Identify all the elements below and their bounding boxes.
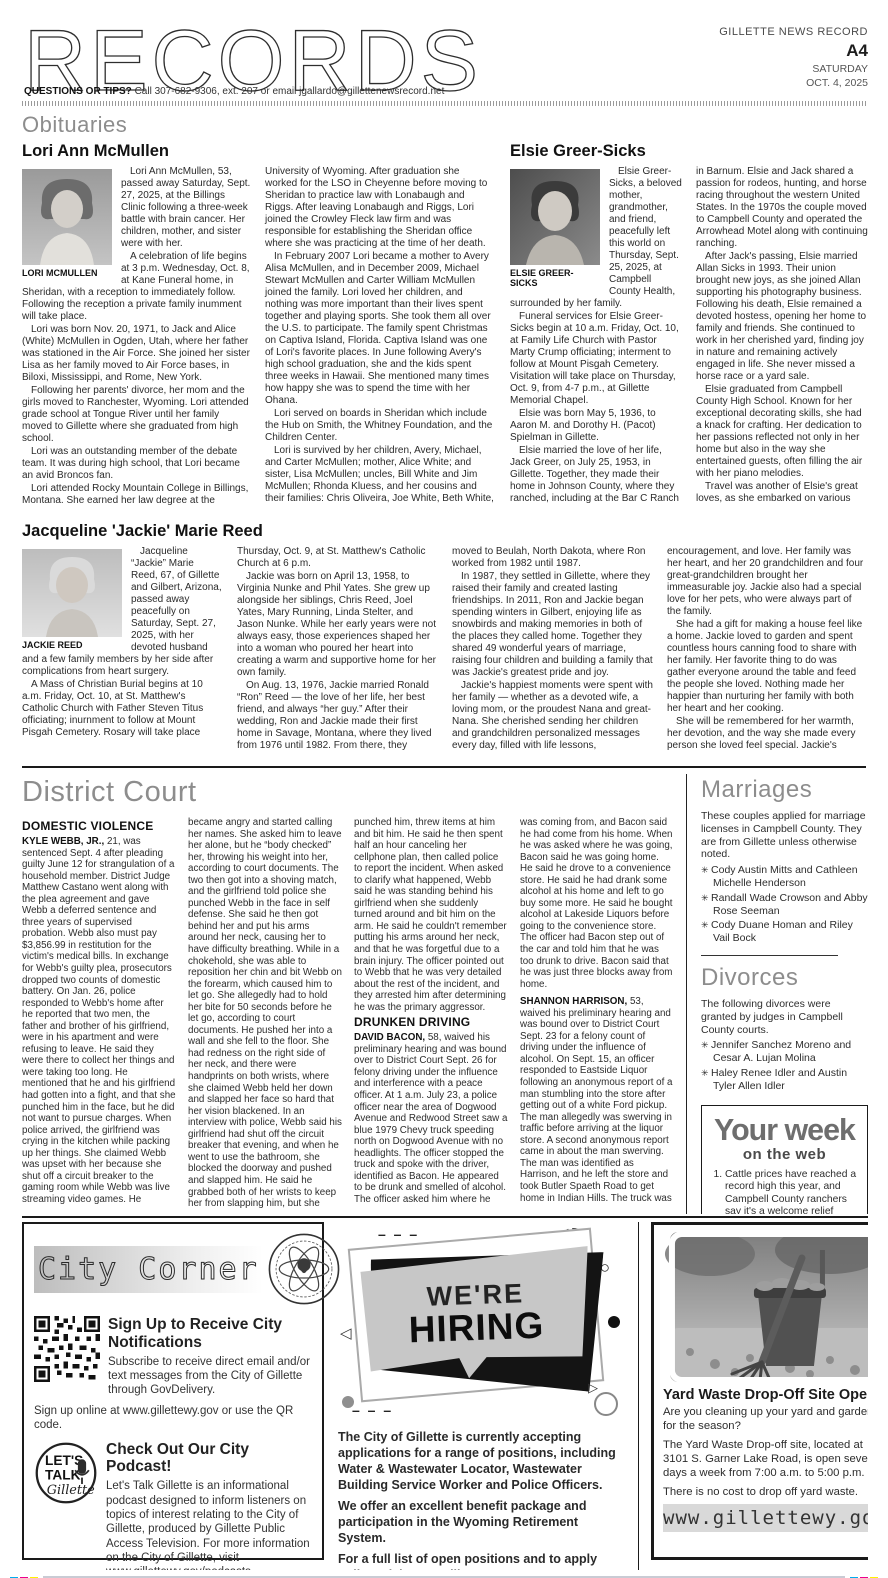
district-court-region: District Court DOMESTIC VIOLENCE KYLE WE…	[0, 774, 888, 1214]
hiring-headline-2: HIRING	[408, 1307, 545, 1349]
dash-decoration: – – –	[352, 1402, 393, 1418]
marriage-item: Randall Wade Crowson and Abby Rose Seema…	[701, 892, 868, 918]
svg-text:Gillette: Gillette	[47, 1483, 95, 1498]
podcast-text: Let's Talk Gillette is an informational …	[106, 1479, 312, 1570]
tips-line: QUESTIONS OR TIPS? Call 307-682-9306, ex…	[24, 86, 444, 97]
svg-text:LET'S: LET'S	[45, 1452, 83, 1467]
marriages-intro: These couples applied for marriage licen…	[701, 810, 868, 861]
divorce-item: Haley Renee Idler and Austin Tyler Allen…	[701, 1067, 868, 1093]
ads-row: City Corner Sign Up to Receive C	[22, 1222, 868, 1570]
defendant-name: KYLE WEBB, JR.,	[22, 836, 104, 847]
yard-waste-paragraph-3: There is no cost to drop off yard waste.	[663, 1485, 868, 1499]
obituary-paragraph: Funeral services for Elsie Greer-Sicks b…	[510, 311, 682, 407]
obituary-paragraph: Jackie was born on April 13, 1958, to Vi…	[237, 571, 438, 679]
marriages-heading: Marriages	[701, 776, 868, 804]
podcast-title: Check Out Our City Podcast!	[106, 1441, 312, 1477]
yard-waste-ad: Yard Waste Drop-Off Site Open Are you cl…	[651, 1222, 868, 1560]
signup-block: Sign Up to Receive City Notifications Su…	[34, 1316, 312, 1398]
your-week-list: Cattle prices have reached a record high…	[710, 1169, 859, 1214]
obituary-jackie-reed: Jacqueline 'Jackie' Marie Reed JACKIE RE…	[22, 522, 868, 754]
city-corner-title: City Corner	[38, 1252, 259, 1287]
obituary-paragraph: In February 2007 Lori became a mother to…	[265, 251, 494, 407]
obituary-elsie-greer-sicks: Elsie Greer-Sicks ELSIE GREER-SICKS Elsi…	[510, 142, 868, 522]
publication-date: OCT. 4, 2025	[719, 77, 868, 89]
obituary-paragraph: Elsie graduated from Campbell County Hig…	[696, 384, 868, 480]
right-rail: Marriages These couples applied for marr…	[686, 774, 868, 1214]
signup-text: Subscribe to receive direct email and/or…	[108, 1355, 312, 1398]
obituary-paragraph: Lori was born Nov. 20, 1971, to Jack and…	[22, 324, 251, 384]
obituaries-heading: Obituaries	[22, 112, 868, 138]
district-court-heading: District Court	[22, 776, 674, 809]
obituary-headline: Lori Ann McMullen	[22, 142, 494, 161]
photo-caption: ELSIE GREER-SICKS	[510, 268, 600, 289]
city-corner-ad: City Corner Sign Up to Receive C	[22, 1222, 324, 1560]
photo-caption: LORI MCMULLEN	[22, 268, 112, 278]
defendant-name: DAVID BACON,	[354, 1032, 425, 1043]
district-court-section: District Court DOMESTIC VIOLENCE KYLE WE…	[22, 774, 674, 1214]
tips-label: QUESTIONS OR TIPS?	[24, 86, 132, 97]
obituary-body: JACKIE REED Jacqueline “Jackie” Marie Re…	[22, 546, 868, 754]
obituary-photo-block: LORI MCMULLEN	[22, 169, 112, 278]
your-week-subtitle: on the web	[710, 1146, 859, 1163]
obituaries-row-2: Jacqueline 'Jackie' Marie Reed JACKIE RE…	[22, 522, 868, 762]
defendant-name: SHANNON HARRISON,	[520, 996, 627, 1007]
podcast-block: LET'S TALK Gillette Check Out Our City P…	[34, 1441, 312, 1571]
tips-text: Call 307-682-9306, ext. 207 or email jga…	[132, 86, 445, 97]
triangle-decoration: ▷	[588, 1380, 598, 1396]
portrait-photo	[22, 169, 112, 265]
court-category-heading: DRUNKEN DRIVING	[354, 1015, 508, 1029]
obituary-lori-mcmullen: Lori Ann McMullen LORI MCMULLEN Lori Ann…	[22, 142, 494, 522]
ads-divider	[22, 1216, 868, 1218]
district-court-columns: DOMESTIC VIOLENCE KYLE WEBB, JR., 21, wa…	[22, 817, 674, 1211]
yard-waste-photo	[663, 1232, 868, 1382]
podcast-text-block: Check Out Our City Podcast! Let's Talk G…	[106, 1441, 312, 1571]
rail-divider	[701, 955, 838, 956]
yard-waste-url: www.gillettewy.gov	[663, 1504, 868, 1532]
obituary-paragraph: Lori served on boards in Sheridan which …	[265, 408, 494, 444]
signup-note: Sign up online at www.gillettewy.gov or …	[34, 1404, 312, 1433]
divorces-list: Jennifer Sanchez Moreno and Cesar A. Luj…	[701, 1039, 868, 1092]
qr-code	[34, 1316, 100, 1382]
dotted-divider	[22, 101, 868, 106]
masthead: RECORDS GILLETTE NEWS RECORD A4 SATURDAY…	[0, 0, 888, 104]
dot-decoration	[342, 1396, 354, 1408]
svg-text:TALK: TALK	[45, 1467, 81, 1482]
obituary-body: ELSIE GREER-SICKS Elsie Greer-Sicks, a b…	[510, 166, 868, 514]
obituary-paragraph: She had a gift for making a house feel l…	[667, 619, 868, 715]
obituary-paragraph: Lori was an outstanding member of the de…	[22, 446, 251, 482]
lets-talk-gillette-logo: LET'S TALK Gillette	[34, 1441, 98, 1505]
city-corner-titlebar: City Corner	[34, 1246, 263, 1293]
court-category-heading: DOMESTIC VIOLENCE	[22, 819, 176, 833]
obituary-paragraph: After Jack's passing, Elsie married Alla…	[696, 251, 868, 383]
publication-day: SATURDAY	[719, 63, 868, 75]
dash-decoration: – – –	[378, 1226, 419, 1242]
divorce-item: Jennifer Sanchez Moreno and Cesar A. Luj…	[701, 1039, 868, 1065]
signup-title: Sign Up to Receive City Notifications	[108, 1316, 312, 1352]
your-week-box: Your week on the web Cattle prices have …	[701, 1105, 868, 1214]
obituary-photo-block: JACKIE REED	[22, 549, 122, 650]
photo-caption: JACKIE REED	[22, 640, 122, 650]
obituary-body: LORI MCMULLEN Lori Ann McMullen, 53, pas…	[22, 166, 494, 514]
obituary-paragraph: Following her parents' divorce, her mom …	[22, 385, 251, 445]
your-week-item: Cattle prices have reached a record high…	[725, 1169, 859, 1214]
obituary-headline: Jacqueline 'Jackie' Marie Reed	[22, 522, 868, 541]
portrait-photo	[510, 169, 600, 265]
marriages-list: Cody Austin Mitts and Cathleen Michelle …	[701, 864, 868, 945]
hiring-graphic: – – – ○ WE'RE HIRING ◁ ▷ – – –	[338, 1224, 628, 1424]
hiring-paragraph-3: For a full list of open positions and to…	[338, 1551, 628, 1570]
divorces-heading: Divorces	[701, 964, 868, 992]
yard-waste-paragraph-2: The Yard Waste Drop-off site, located at…	[663, 1438, 868, 1480]
hiring-paragraph-2: We offer an excellent benefit package an…	[338, 1498, 628, 1546]
signup-text-block: Sign Up to Receive City Notifications Su…	[108, 1316, 312, 1398]
obituaries-row-1: Lori Ann McMullen LORI MCMULLEN Lori Ann…	[22, 142, 868, 522]
city-seal-logo	[267, 1232, 341, 1306]
hiring-ad: – – – ○ WE'RE HIRING ◁ ▷ – – – The City …	[336, 1222, 639, 1570]
marriage-item: Cody Duane Homan and Riley Vail Bock	[701, 919, 868, 945]
hiring-paragraph-1: The City of Gillette is currently accept…	[338, 1429, 628, 1493]
yard-waste-title: Yard Waste Drop-Off Site Open	[663, 1387, 868, 1403]
obituary-headline: Elsie Greer-Sicks	[510, 142, 868, 161]
section-divider	[22, 766, 866, 768]
yard-waste-paragraph-1: Are you cleaning up your yard and garden…	[663, 1405, 868, 1433]
obituary-paragraph: In 1987, they settled in Gillette, where…	[452, 571, 653, 679]
ring-decoration	[594, 1392, 618, 1416]
page-number: A4	[719, 41, 868, 61]
publication-name: GILLETTE NEWS RECORD	[719, 26, 868, 38]
your-week-title: Your week	[711, 1114, 857, 1145]
newspaper-page: { "masthead": { "title": "RECORDS", "pub…	[0, 0, 888, 1578]
obituary-photo-block: ELSIE GREER-SICKS	[510, 169, 600, 289]
hiring-cta-period: .	[524, 1568, 527, 1570]
masthead-info: GILLETTE NEWS RECORD A4 SATURDAY OCT. 4,…	[719, 26, 868, 89]
obituaries-section: Obituaries Lori Ann McMullen LORI MCMULL…	[0, 112, 888, 762]
divorces-intro: The following divorces were granted by j…	[701, 998, 868, 1036]
marriage-item: Cody Austin Mitts and Cathleen Michelle …	[701, 864, 868, 890]
portrait-photo	[22, 549, 122, 637]
dot-decoration	[608, 1316, 620, 1328]
hiring-url: www.gillettewy.gov	[410, 1568, 524, 1570]
obituary-paragraph: Elsie was born May 5, 1936, to Aaron M. …	[510, 408, 682, 444]
obituary-paragraphs: Jacqueline “Jackie” Marie Reed, 67, of G…	[22, 546, 868, 754]
city-corner-header: City Corner	[34, 1232, 312, 1306]
triangle-decoration: ◁	[340, 1324, 352, 1342]
